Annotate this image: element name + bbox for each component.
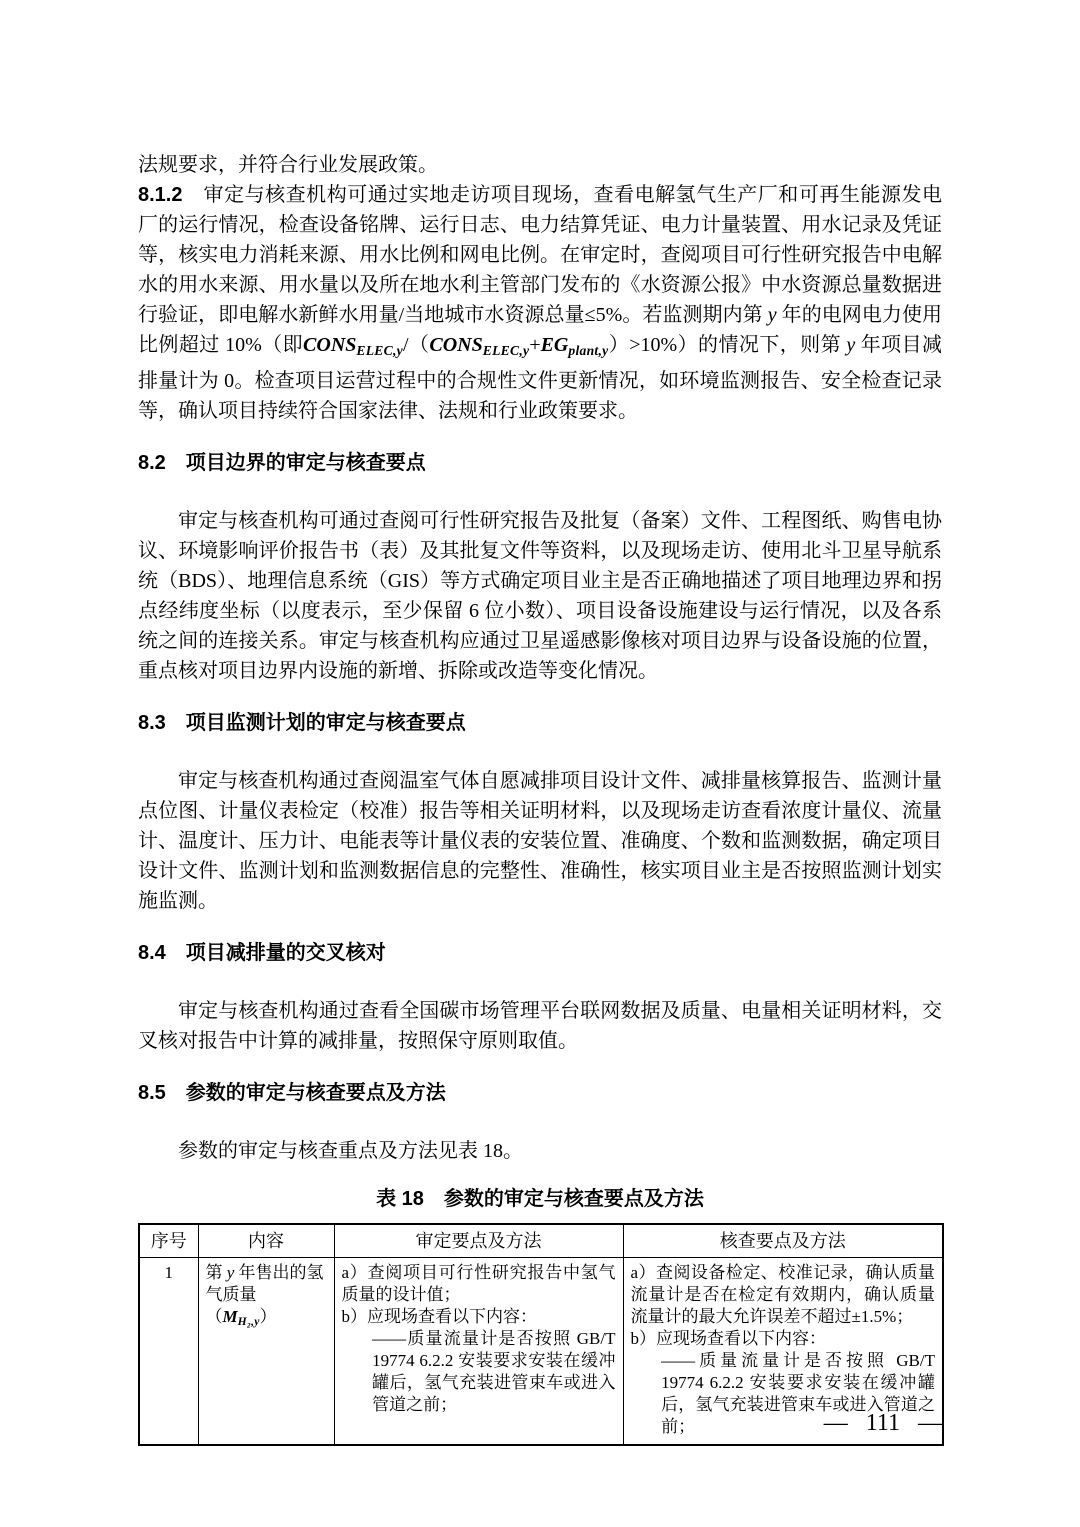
paragraph-8-5: 参数的审定与核查重点及方法见表 18。 bbox=[138, 1136, 942, 1166]
table-header-content: 内容 bbox=[198, 1224, 334, 1258]
text-run: ELEC,y bbox=[483, 343, 530, 358]
intro-paragraph: 法规要求，并符合行业发展政策。 bbox=[138, 150, 942, 180]
text-run: y bbox=[846, 334, 855, 356]
cell-line: b）应现场查看以下内容： bbox=[631, 1328, 936, 1350]
text-run: ELEC,y bbox=[356, 343, 403, 358]
table-18-caption: 表 18 参数的审定与核查要点及方法 bbox=[138, 1184, 942, 1214]
table-header-seq: 序号 bbox=[139, 1224, 198, 1258]
paragraph-8-3: 审定与核查机构通过查阅温室气体自愿减排项目设计文件、减排量核算报告、监测计量点位… bbox=[138, 766, 942, 916]
text-run: H₂,y bbox=[238, 1315, 260, 1328]
text-run: ） bbox=[260, 1307, 277, 1326]
section-heading-8-2: 8.2 项目边界的审定与核查要点 bbox=[138, 448, 942, 478]
text-run: CONS bbox=[429, 334, 482, 356]
cell-line: b）应现场查看以下内容： bbox=[342, 1306, 616, 1328]
paragraph-8-4: 审定与核查机构通过查看全国碳市场管理平台联网数据及质量、电量相关证明材料，交叉核… bbox=[138, 996, 942, 1056]
cell-content: 第 y 年售出的氢气质量（MH₂,y） bbox=[198, 1257, 334, 1445]
page-number: 111 bbox=[866, 1410, 900, 1436]
text-run: plant,y bbox=[568, 343, 608, 358]
text-run: 第 bbox=[206, 1263, 227, 1282]
cell-verification-points: a）查阅项目可行性研究报告中氢气质量的设计值；b）应现场查看以下内容：——质量流… bbox=[334, 1257, 623, 1445]
text-run: 8.1.2 bbox=[138, 184, 182, 206]
paragraph-8-1-2: 8.1.2 审定与核查机构可通过实地走访项目现场，查看电解氢气生产厂和可再生能源… bbox=[138, 180, 942, 426]
cell-line: a）查阅项目可行性研究报告中氢气质量的设计值； bbox=[342, 1262, 616, 1306]
table-header-verification: 审定要点及方法 bbox=[334, 1224, 623, 1258]
text-run: y bbox=[768, 304, 777, 326]
table-header-check: 核查要点及方法 bbox=[623, 1224, 943, 1258]
footer-dash-left: — bbox=[824, 1410, 848, 1436]
text-run: CONS bbox=[303, 334, 356, 356]
section-heading-8-5: 8.5 参数的审定与核查要点及方法 bbox=[138, 1078, 942, 1108]
page-footer: —111— bbox=[824, 1408, 942, 1438]
text-run: ）>10%）的情况下，则第 bbox=[608, 334, 846, 356]
section-heading-8-3: 8.3 项目监测计划的审定与核查要点 bbox=[138, 708, 942, 738]
section-heading-8-4: 8.4 项目减排量的交叉核对 bbox=[138, 938, 942, 968]
cell-seq: 1 bbox=[139, 1257, 198, 1445]
text-run: EG bbox=[541, 334, 569, 356]
document-page: 法规要求，并符合行业发展政策。 8.1.2 审定与核查机构可通过实地走访项目现场… bbox=[0, 0, 1080, 1527]
table-header-row: 序号 内容 审定要点及方法 核查要点及方法 bbox=[139, 1224, 943, 1258]
footer-dash-right: — bbox=[918, 1410, 942, 1436]
cell-line: ——质量流量计是否按照 GB/T 19774 6.2.2 安装要求安装在缓冲罐后… bbox=[342, 1328, 616, 1416]
text-run: /（ bbox=[403, 334, 429, 356]
cell-line: a）查阅设备检定、校准记录，确认质量流量计是否在检定有效期内，确认质量流量计的最… bbox=[631, 1262, 936, 1328]
table-row: 1 第 y 年售出的氢气质量（MH₂,y） a）查阅项目可行性研究报告中氢气质量… bbox=[139, 1257, 943, 1445]
text-run: + bbox=[529, 334, 540, 356]
text-run: M bbox=[223, 1307, 238, 1326]
paragraph-8-2: 审定与核查机构可通过查阅可行性研究报告及批复（备案）文件、工程图纸、购售电协议、… bbox=[138, 506, 942, 686]
